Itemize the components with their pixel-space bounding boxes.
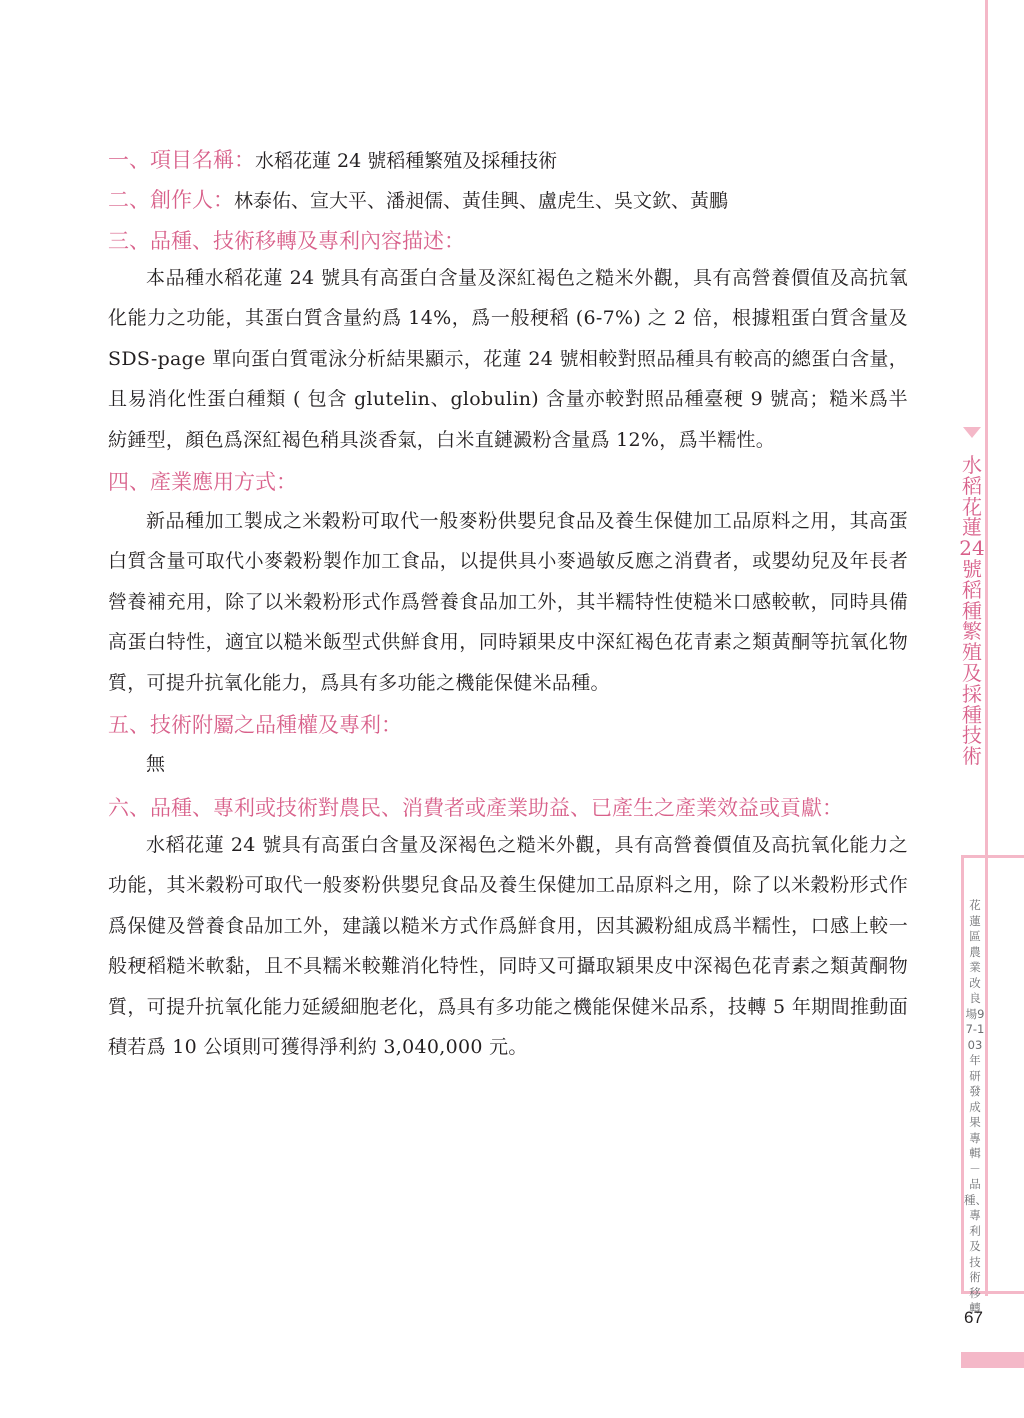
section-2-heading: 二、創作人：林泰佑、宣大平、潘昶儒、黃佳興、盧虎生、吳文欽、黃鵬	[108, 186, 728, 215]
sidebar-publication-title: 花蓮區農業改良場97-103年研發成果專輯－品種、專利及技術移轉	[964, 898, 986, 1317]
section-1-heading: 一、項目名稱：水稻花蓮 24 號稻種繁殖及採種技術	[108, 146, 557, 175]
sidebar-chapter-title: 水稻花蓮24號稻種繁殖及採種技術	[958, 455, 986, 767]
section-4-heading: 四、產業應用方式：	[108, 468, 297, 496]
section-1-value: 水稻花蓮 24 號稻種繁殖及採種技術	[255, 150, 557, 172]
section-3-heading: 三、品種、技術移轉及專利內容描述：	[108, 227, 465, 255]
section-4-body: 新品種加工製成之米穀粉可取代一般麥粉供嬰兒食品及養生保健加工品原料之用，其高蛋白…	[108, 501, 908, 703]
section-5-body: 無	[108, 744, 908, 784]
section-3-body: 本品種水稻花蓮 24 號具有高蛋白含量及深紅褐色之糙米外觀，具有高營養價值及高抗…	[108, 258, 908, 460]
section-2-value: 林泰佑、宣大平、潘昶儒、黃佳興、盧虎生、吳文欽、黃鵬	[234, 190, 728, 212]
page-number: 67	[964, 1308, 983, 1328]
section-1-label: 一、項目名稱：	[108, 148, 255, 172]
section-2-label: 二、創作人：	[108, 188, 234, 212]
page-tab-bar	[961, 1352, 1024, 1368]
triangle-down-icon	[963, 427, 981, 438]
section-5-heading: 五、技術附屬之品種權及專利：	[108, 711, 402, 739]
section-6-heading: 六、品種、專利或技術對農民、消費者或產業助益、已產生之產業效益或貢獻：	[108, 794, 843, 822]
section-6-body: 水稻花蓮 24 號具有高蛋白含量及深褐色之糙米外觀，具有高營養價值及高抗氧化能力…	[108, 825, 908, 1067]
